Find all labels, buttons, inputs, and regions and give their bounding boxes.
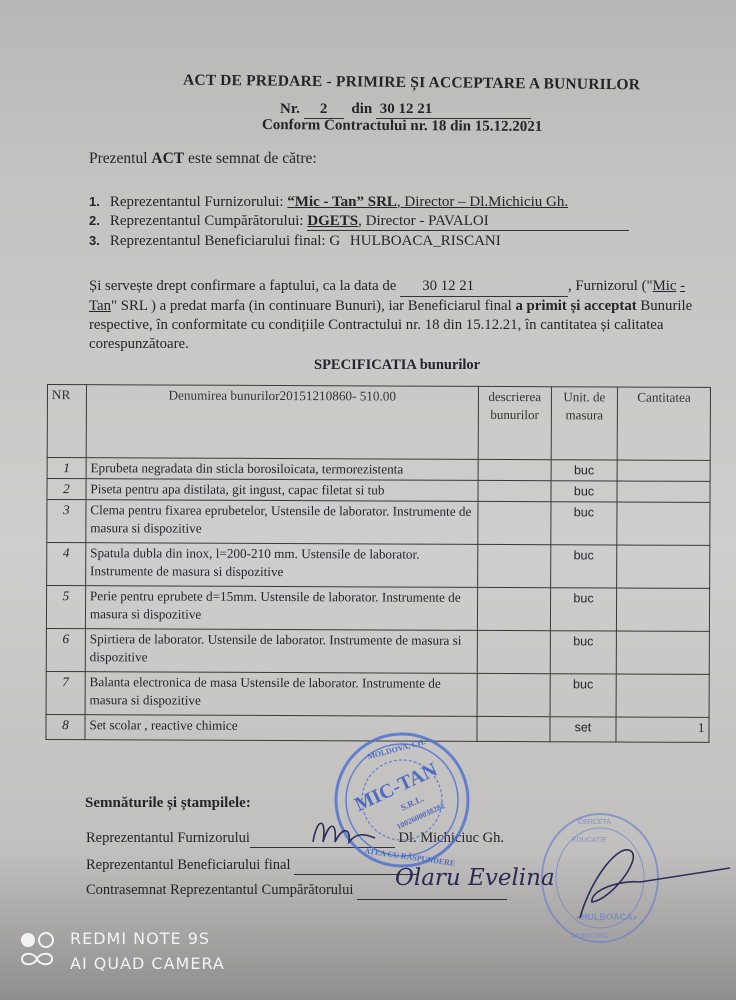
table-row: 1 Eprubeta negradata din sticla borosilo… <box>47 458 710 482</box>
table-row: 7 Balanta electronica de masa Ustensile … <box>46 671 709 717</box>
table-row: 6 Spirtiera de laborator. Ustensile de l… <box>46 628 709 674</box>
party-supplier: 1.Reprezentantul Furnizorului: “Mic - Ta… <box>89 194 568 211</box>
party-beneficiary: 3.Reprezentantul Beneficiarului final: G… <box>89 233 501 250</box>
table-row: 3 Clema pentru fixarea eprubetelor, Uste… <box>47 500 710 546</box>
table-row: 5 Perie pentru eprubete d=15mm. Ustensil… <box>46 586 709 632</box>
signatures-heading: Semnăturile și ștampilele: <box>85 795 251 812</box>
number-label: Nr. <box>280 101 300 117</box>
camera-watermark: REDMI NOTE 9S AI QUAD CAMERA <box>70 926 225 976</box>
svg-text:MUNICIPAL: MUNICIPAL <box>572 933 610 940</box>
act-number-line: Nr. 2 din 30 12 21 <box>280 101 531 119</box>
supplier-handwritten-signature <box>305 812 385 852</box>
camera-model: REDMI NOTE 9S <box>70 926 225 951</box>
beneficiary-handwritten-signature <box>560 840 730 920</box>
header-name: Denumirea bunurilor20151210860- 510.00 <box>86 385 478 460</box>
act-number: 2 <box>304 101 344 119</box>
header-unit: Unit. de masura <box>551 387 618 460</box>
document-title: ACT DE PREDARE - PRIMIRE ȘI ACCEPTARE A … <box>183 72 640 95</box>
header-nr: NR <box>47 385 86 458</box>
date-label: din <box>351 101 372 117</box>
confirmation-paragraph: Și servește drept confirmare a faptului,… <box>89 277 709 354</box>
svg-text:CERCETA: CERCETA <box>578 819 611 826</box>
camera-watermark-icon <box>18 930 58 970</box>
table-row: 2 Piseta pentru apa distilata, git ingus… <box>47 479 710 503</box>
buyer-handwritten-name: Olaru Evelina <box>395 865 555 891</box>
header-quantity: Cantitatea <box>617 387 710 460</box>
goods-table: NR Denumirea bunurilor20151210860- 510.0… <box>45 384 711 743</box>
contract-reference: Conform Contractului nr. 18 din 15.12.20… <box>262 117 542 136</box>
document-photo: ACT DE PREDARE - PRIMIRE ȘI ACCEPTARE A … <box>0 0 736 1000</box>
camera-label: AI QUAD CAMERA <box>70 951 225 976</box>
party-buyer: 2.Reprezentantul Cumpărătorului: DGETS, … <box>89 213 629 231</box>
specification-title: SPECIFICATIA bunurilor <box>314 357 480 374</box>
header-description: descrierea bunurilor <box>478 386 551 459</box>
intro-line: Prezentul ACT este semnat de către: <box>89 150 317 168</box>
table-row: 4 Spatula dubla din inox, l=200-210 mm. … <box>47 543 710 589</box>
table-header: NR Denumirea bunurilor20151210860- 510.0… <box>47 385 710 461</box>
act-date: 30 12 21 <box>376 101 531 119</box>
